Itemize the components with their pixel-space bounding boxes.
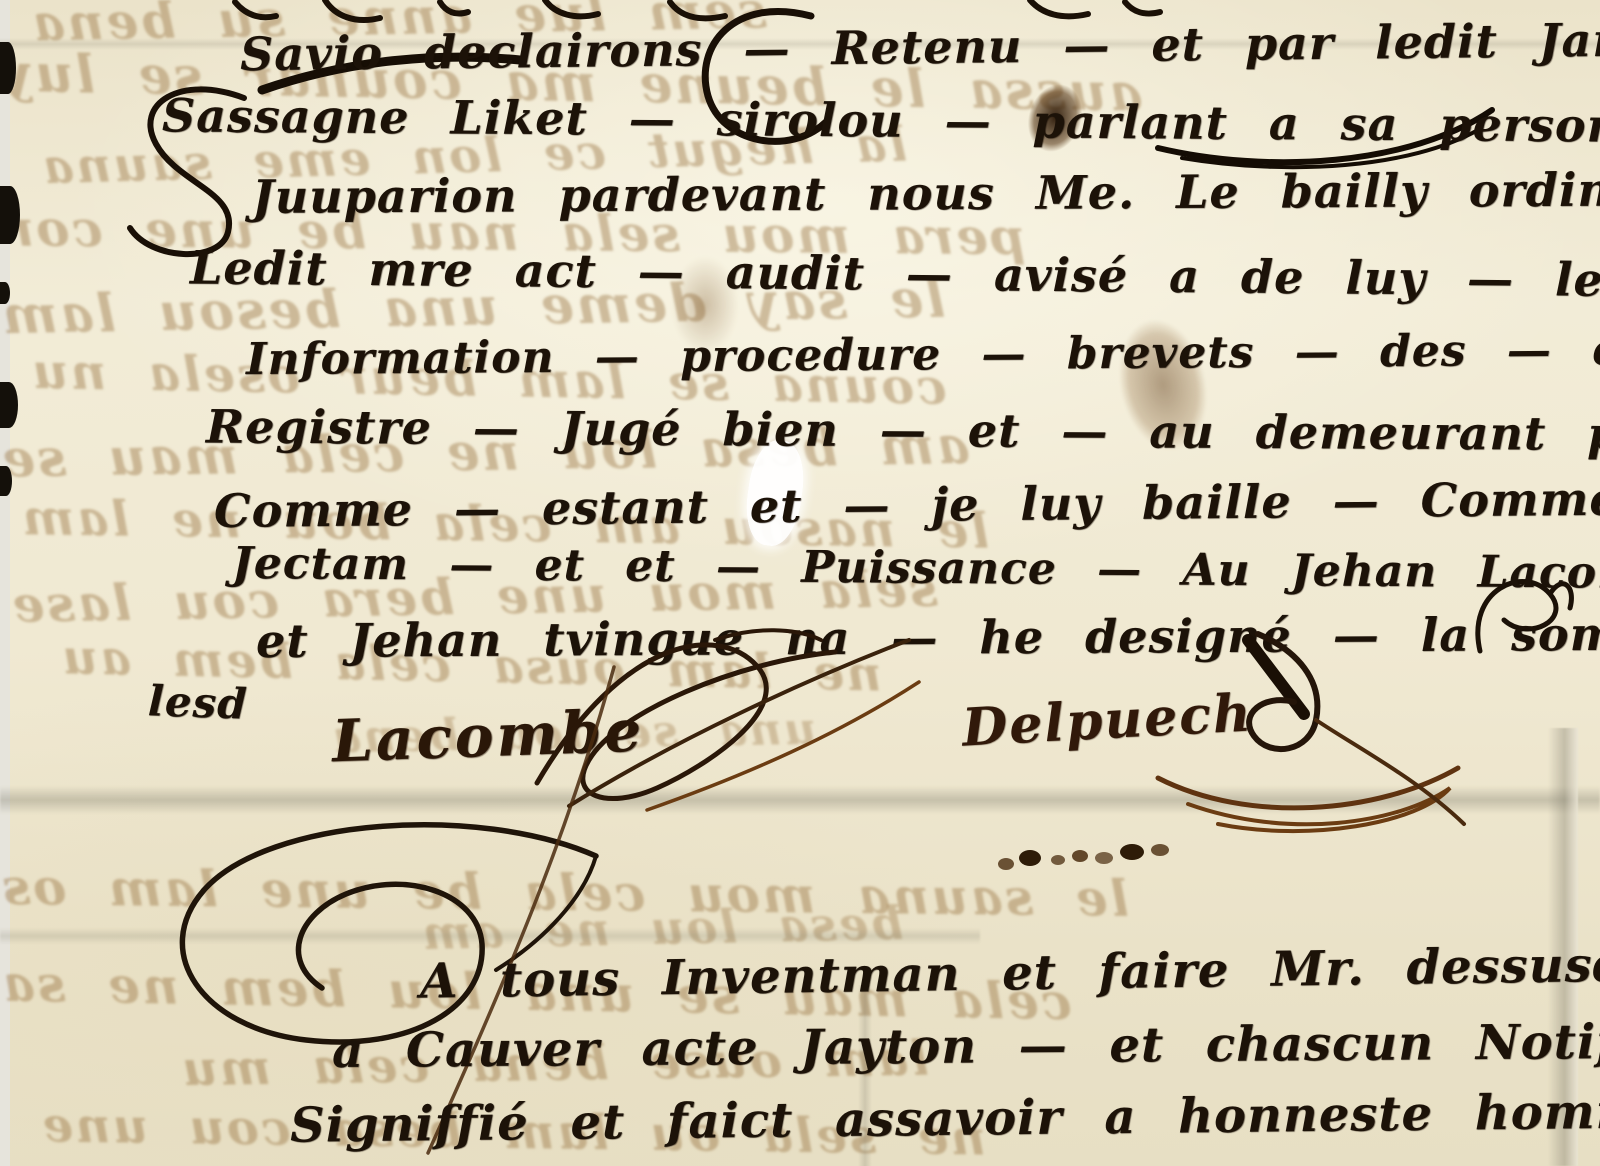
delpuech-paraph-flourish: [1128, 628, 1478, 853]
edge-ink-fragment: [0, 382, 18, 428]
text-line: a Cauver acte Jayton — et chascun Notiff…: [332, 1017, 1600, 1075]
text-line: Jectam — et et — Puissance — Au Jehan La…: [232, 542, 1600, 598]
edge-ink-fragment: [0, 466, 12, 496]
text-line: Ledit mre act — audit — avisé a de luy —…: [190, 245, 1600, 306]
text-line: Comme — estant et — je luy baille — Comm…: [214, 472, 1600, 534]
edge-ink-fragment: [0, 282, 10, 304]
ink-splatter-dots: [992, 834, 1197, 879]
text-line: Sassagne Liket — sirolou — parlant a sa …: [162, 92, 1600, 149]
scanner-edge: [0, 0, 10, 1166]
edge-ink-fragment: [0, 186, 20, 244]
text-line: Juuparion pardevant nous Me. Le bailly o…: [252, 166, 1600, 220]
manuscript-page: sem lue anne su bena aussa le beune ma c…: [0, 0, 1600, 1166]
margin-word: lesd: [147, 680, 248, 725]
text-line: Registre — Jugé bien — et — au demeurant…: [206, 404, 1600, 459]
text-line: Information — procedure — brevets — des …: [246, 326, 1600, 382]
text-line: Savio declairons — Retenu — et par ledit…: [240, 17, 1600, 78]
long-ink-stroke: [408, 655, 638, 1166]
text-line: Signiffié et faict assavoir a honneste h…: [290, 1086, 1600, 1149]
edge-ink-fragment: [0, 42, 16, 94]
